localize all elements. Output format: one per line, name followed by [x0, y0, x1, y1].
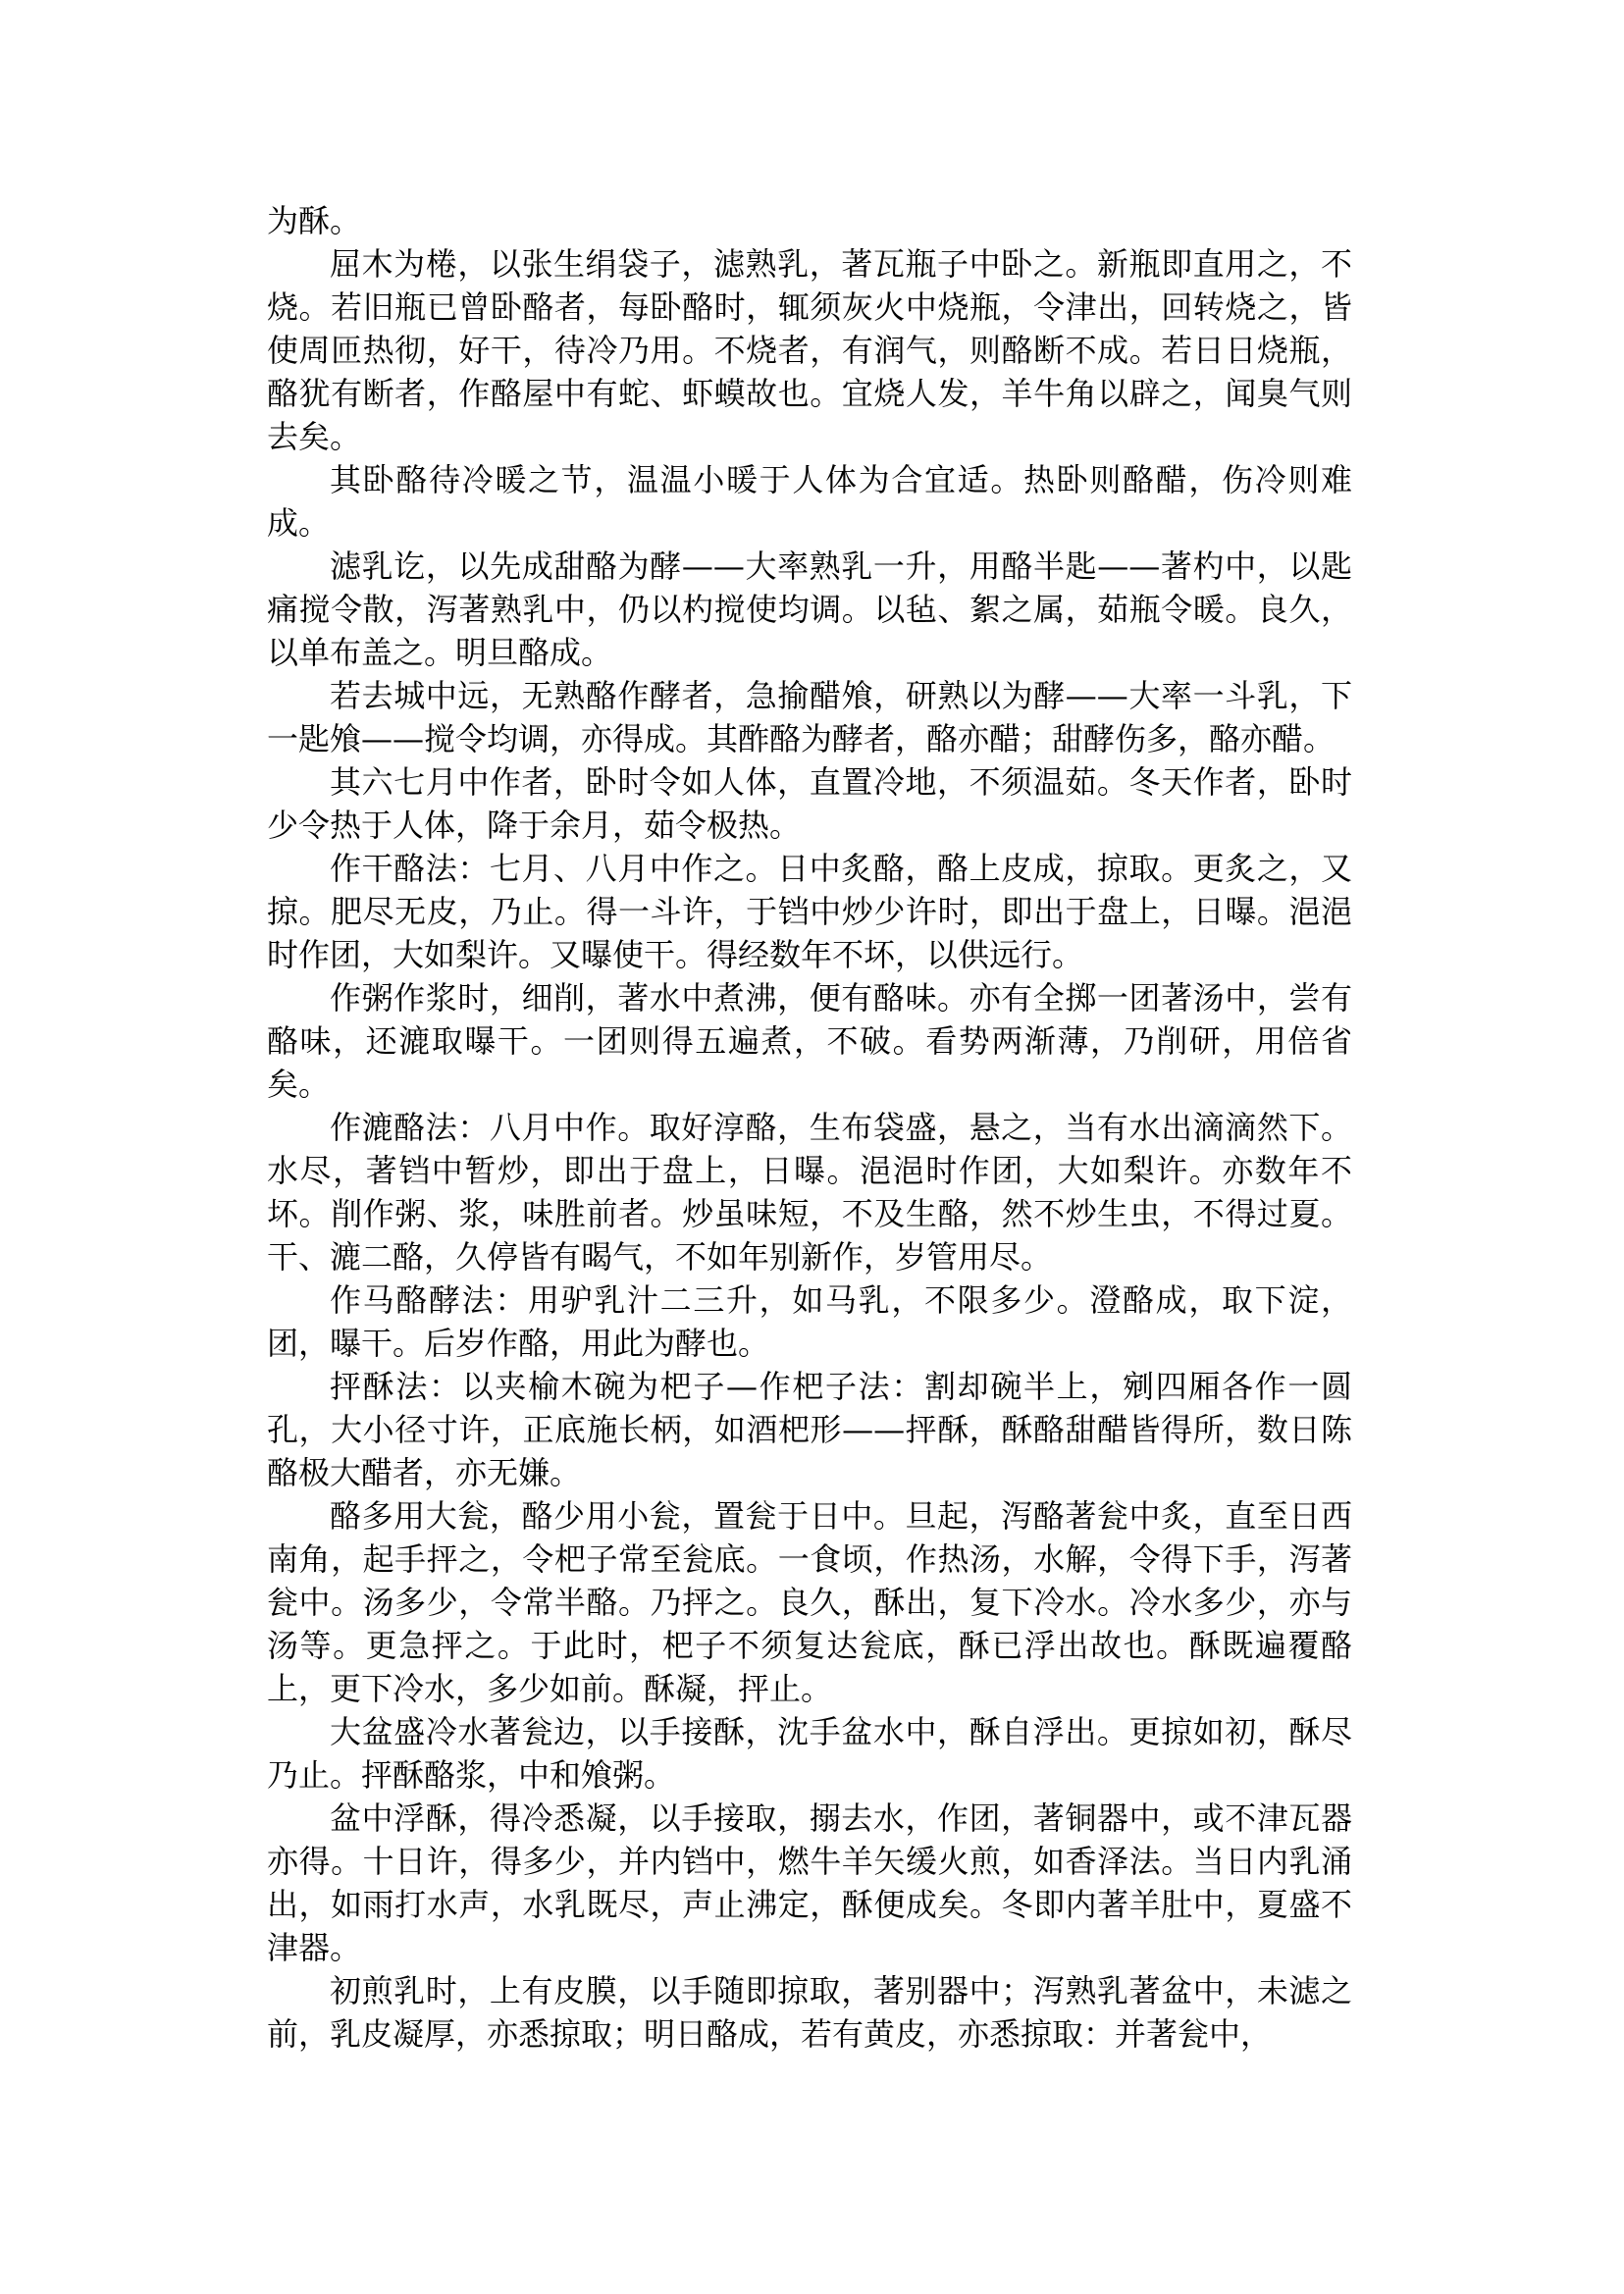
- paragraph: 抨酥法：以夹榆木碗为杷子—作杷子法：割却碗半上，剜四厢各作一圆孔，大小径寸许，正…: [267, 1365, 1352, 1494]
- paragraph: 盆中浮酥，得冷悉凝，以手接取，搦去水，作团，著铜器中，或不津瓦器亦得。十日许，得…: [267, 1797, 1352, 1969]
- paragraph: 作干酪法：七月、八月中作之。日中炙酪，酪上皮成，掠取。更炙之，又掠。肥尽无皮，乃…: [267, 847, 1352, 976]
- paragraph: 作粥作浆时，细削，著水中煮沸，便有酪味。亦有全掷一团著汤中，尝有酪味，还漉取曝干…: [267, 976, 1352, 1106]
- paragraph: 初煎乳时，上有皮膜，以手随即掠取，著别器中；泻熟乳著盆中，未滤之前，乳皮凝厚，亦…: [267, 1969, 1352, 2056]
- paragraph: 其卧酪待冷暖之节，温温小暖于人体为合宜适。热卧则酪醋，伤冷则难成。: [267, 458, 1352, 545]
- document-page: 为酥。 屈木为棬，以张生绢袋子，滤熟乳，著瓦瓶子中卧之。新瓶即直用之，不烧。若旧…: [0, 0, 1624, 2294]
- paragraph: 若去城中远，无熟酪作酵者，急揄醋飧，研熟以为酵——大率一斗乳，下一匙飧——搅令均…: [267, 674, 1352, 760]
- paragraph: 屈木为棬，以张生绢袋子，滤熟乳，著瓦瓶子中卧之。新瓶即直用之，不烧。若旧瓶已曾卧…: [267, 242, 1352, 458]
- text-block: 为酥。 屈木为棬，以张生绢袋子，滤熟乳，著瓦瓶子中卧之。新瓶即直用之，不烧。若旧…: [267, 199, 1352, 2056]
- paragraph: 酪多用大瓮，酪少用小瓮，置瓮于日中。旦起，泻酪著瓮中炙，直至日西南角，起手抨之，…: [267, 1494, 1352, 1710]
- paragraph: 为酥。: [267, 199, 1352, 242]
- paragraph: 大盆盛冷水著瓮边，以手接酥，沈手盆水中，酥自浮出。更掠如初，酥尽乃止。抨酥酪浆，…: [267, 1710, 1352, 1797]
- paragraph: 作马酪酵法：用驴乳汁二三升，如马乳，不限多少。澄酪成，取下淀，团，曝干。后岁作酪…: [267, 1278, 1352, 1365]
- paragraph: 作漉酪法：八月中作。取好淳酪，生布袋盛，悬之，当有水出滴滴然下。水尽，著铛中暂炒…: [267, 1106, 1352, 1278]
- paragraph: 其六七月中作者，卧时令如人体，直置冷地，不须温茹。冬天作者，卧时少令热于人体，降…: [267, 760, 1352, 847]
- paragraph: 滤乳讫，以先成甜酪为酵——大率熟乳一升，用酪半匙——著杓中，以匙痛搅令散，泻著熟…: [267, 545, 1352, 674]
